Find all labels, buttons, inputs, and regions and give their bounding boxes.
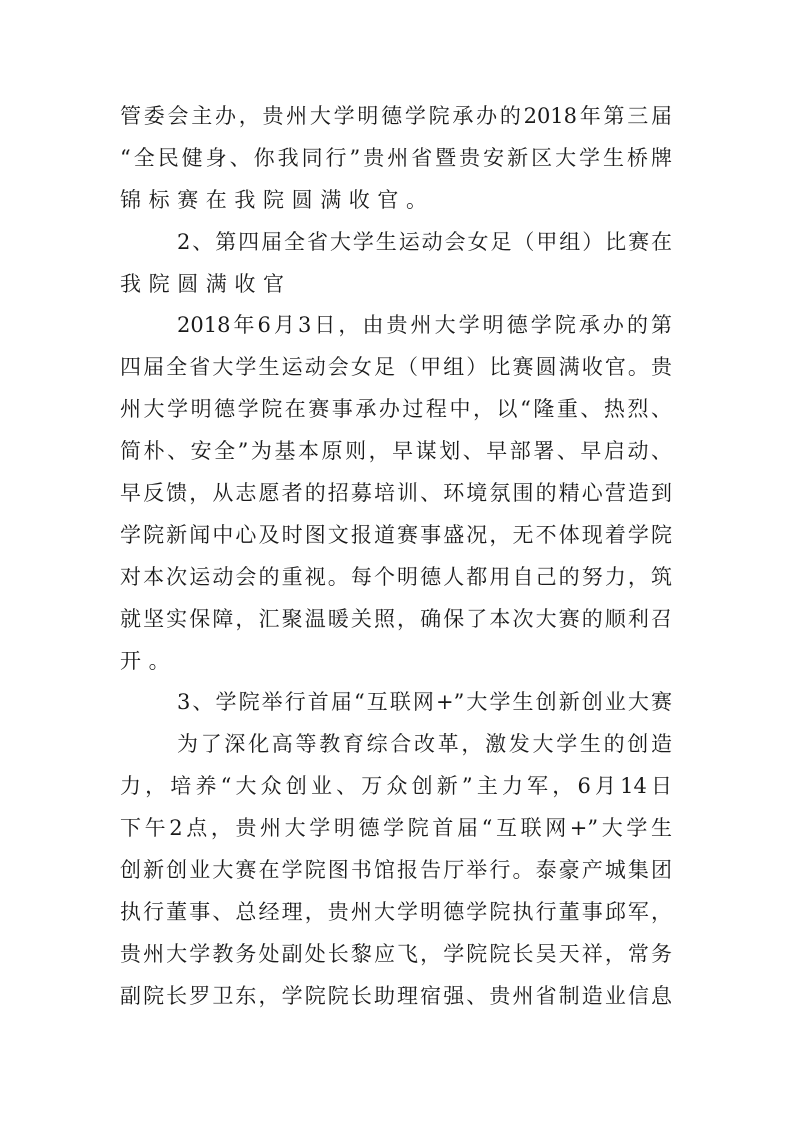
body-text-line: 州大学明德学院在赛事承办过程中，以“隆重、热烈、 bbox=[120, 389, 672, 431]
body-text-line: 锦标赛在我院圆满收官。 bbox=[120, 180, 672, 222]
body-text-line: 就坚实保障，汇聚温暖关照，确保了本次大赛的顺利召 bbox=[120, 599, 672, 641]
body-text-line: 管委会主办，贵州大学明德学院承办的2018年第三届 bbox=[120, 96, 672, 138]
body-text-line: 为了深化高等教育综合改革，激发大学生的创造 bbox=[120, 724, 672, 766]
body-text-line: 下午2点，贵州大学明德学院首届“互联网+”大学生 bbox=[120, 808, 672, 850]
body-text-line: 创新创业大赛在学院图书馆报告厅举行。泰豪产城集团 bbox=[120, 850, 672, 892]
section-heading-2-cont: 我院圆满收官 bbox=[120, 264, 672, 306]
body-text-line: 对本次运动会的重视。每个明德人都用自己的努力，筑 bbox=[120, 557, 672, 599]
document-page: 管委会主办，贵州大学明德学院承办的2018年第三届 “全民健身、你我同行”贵州省… bbox=[120, 96, 672, 1018]
body-text-line: 贵州大学教务处副处长黎应飞，学院院长吴天祥，常务 bbox=[120, 934, 672, 976]
body-text-line: 执行董事、总经理，贵州大学明德学院执行董事邱军， bbox=[120, 892, 672, 934]
body-text-line: 学院新闻中心及时图文报道赛事盛况，无不体现着学院 bbox=[120, 515, 672, 557]
section-heading-3: 3、学院举行首届“互联网+”大学生创新创业大赛 bbox=[120, 682, 672, 724]
body-text-line: 2018年6月3日，由贵州大学明德学院承办的第 bbox=[120, 305, 672, 347]
body-text-line: 早反馈，从志愿者的招募培训、环境氛围的精心营造到 bbox=[120, 473, 672, 515]
body-text-line: 简朴、安全”为基本原则，早谋划、早部署、早启动、 bbox=[120, 431, 672, 473]
section-heading-2: 2、第四届全省大学生运动会女足（甲组）比赛在 bbox=[120, 222, 672, 264]
body-text-line: 副院长罗卫东，学院院长助理宿强、贵州省制造业信息 bbox=[120, 976, 672, 1018]
body-text-line: “全民健身、你我同行”贵州省暨贵安新区大学生桥牌 bbox=[120, 138, 672, 180]
body-text-line: 四届全省大学生运动会女足（甲组）比赛圆满收官。贵 bbox=[120, 347, 672, 389]
body-text-line: 力，培养“大众创业、万众创新”主力军，6月14日 bbox=[120, 766, 672, 808]
body-text-line: 开。 bbox=[120, 641, 672, 683]
